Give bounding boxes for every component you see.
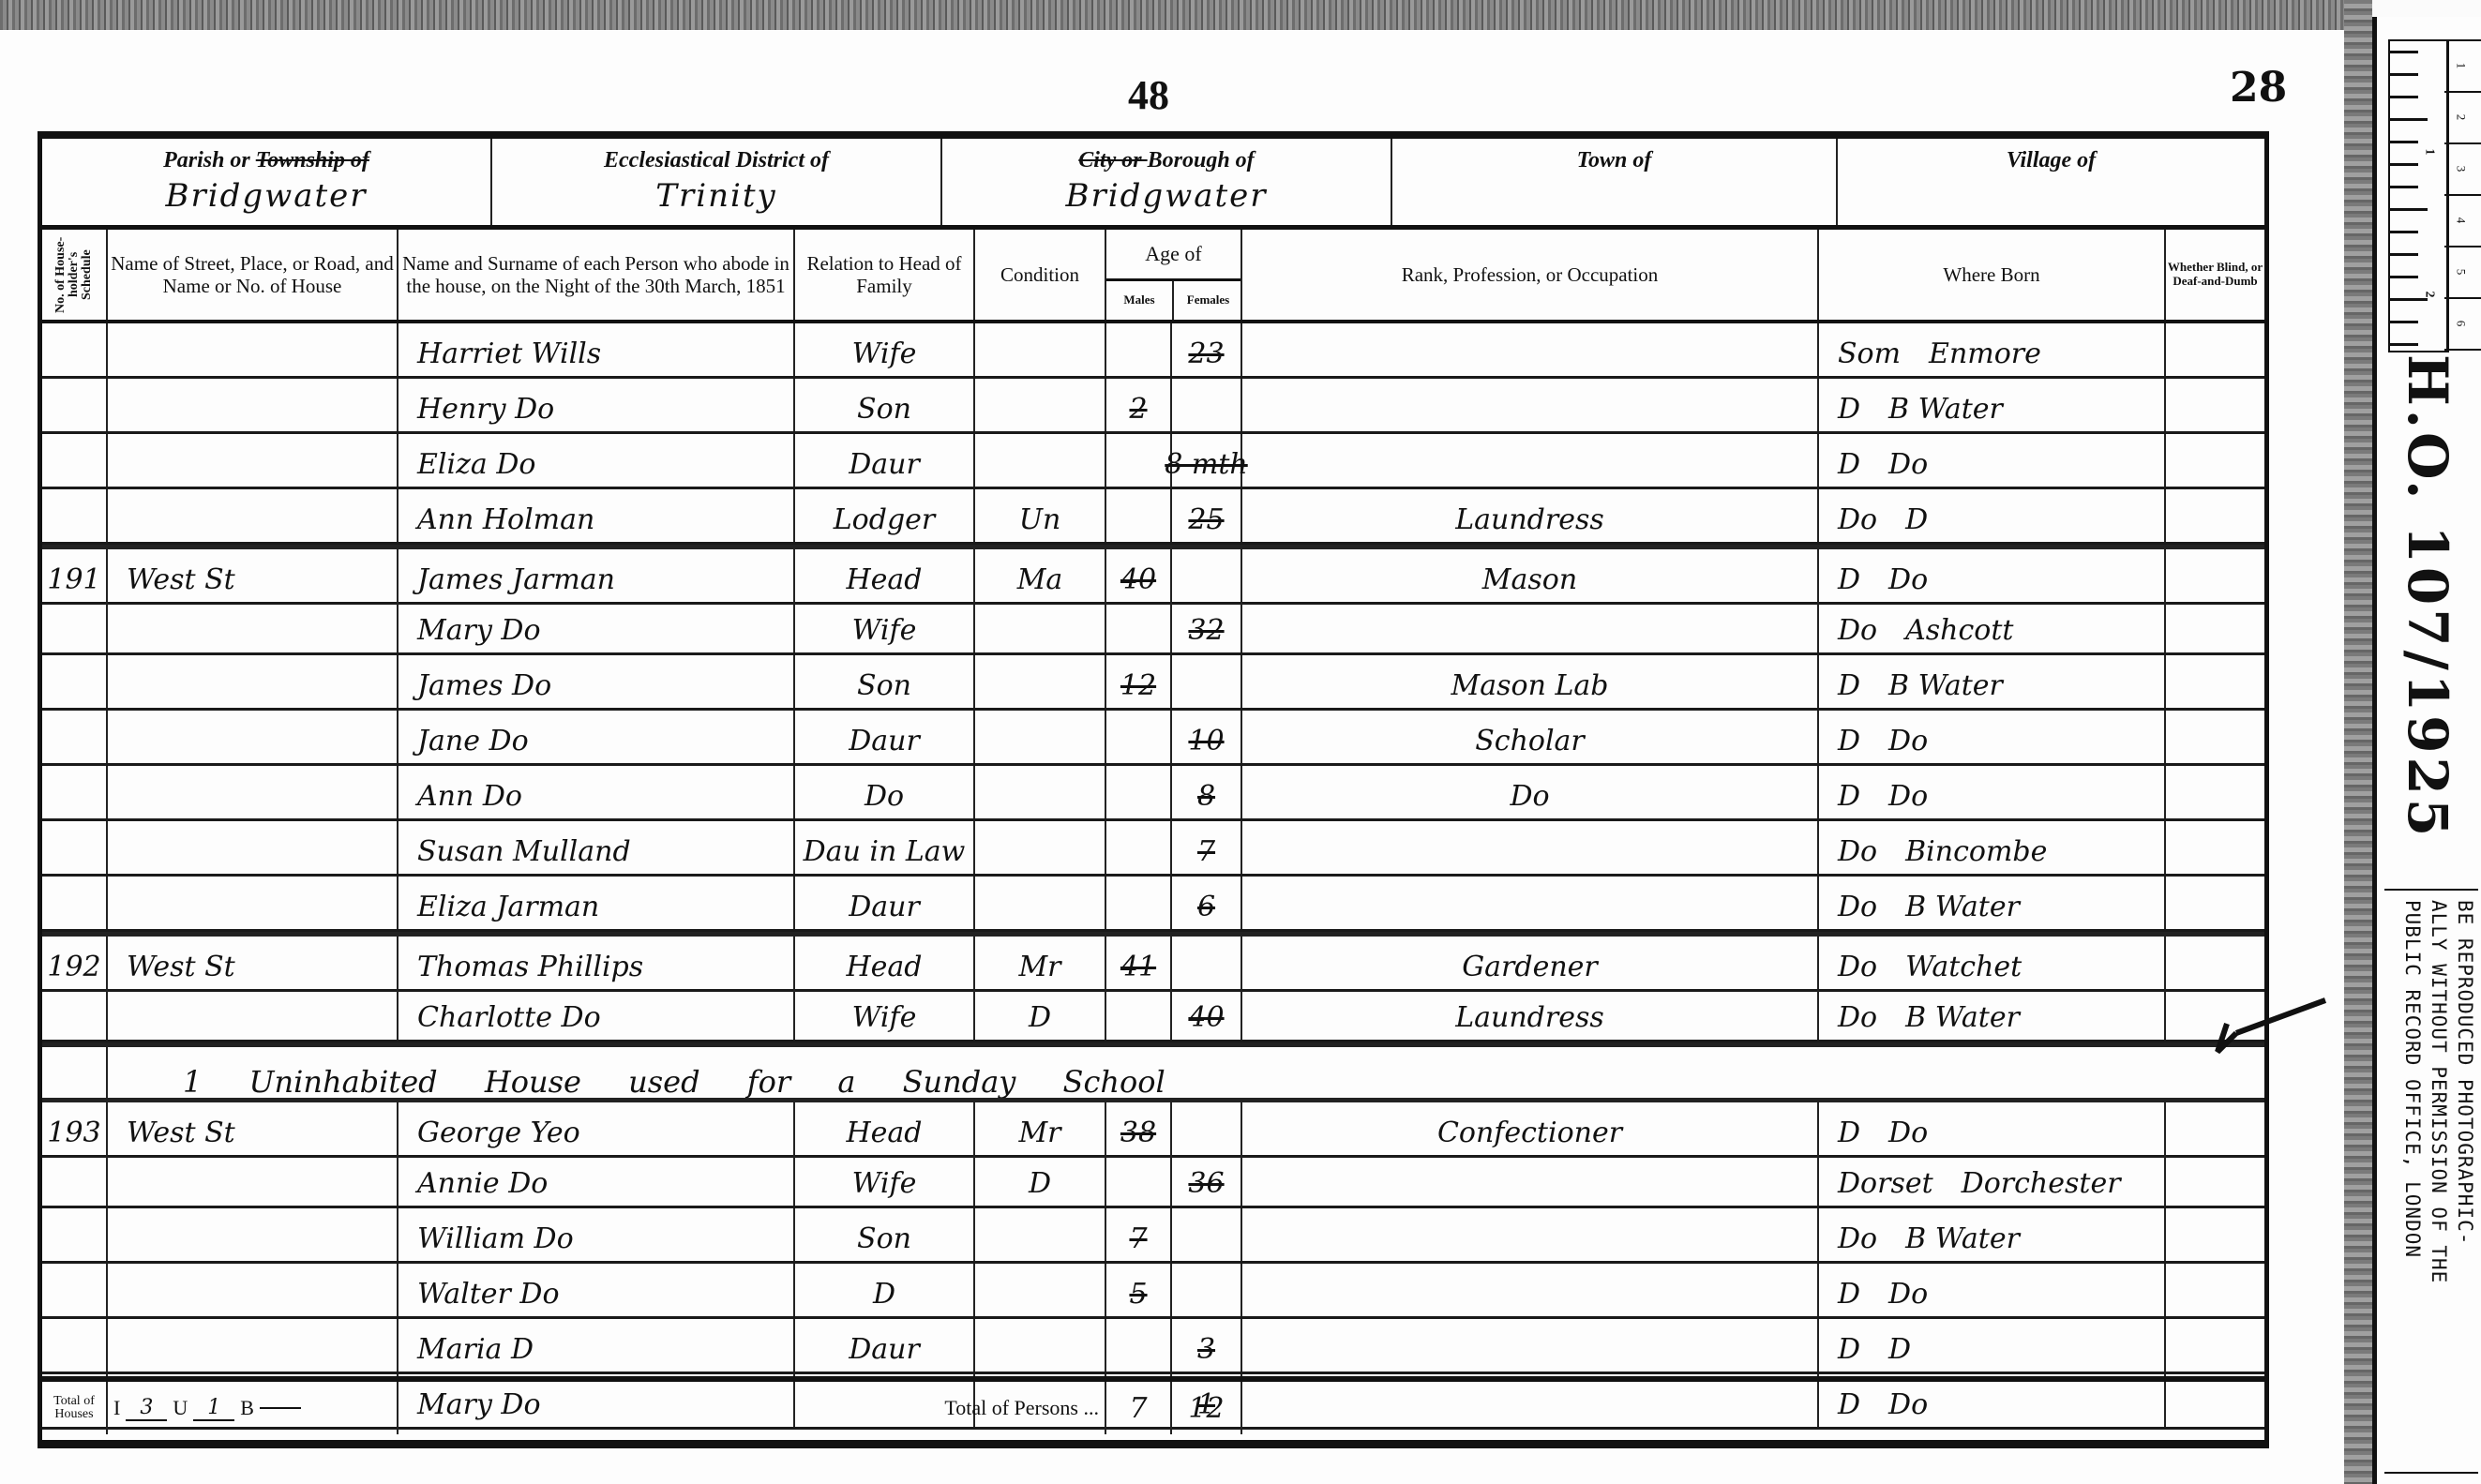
cell-schedule: 191	[42, 549, 108, 602]
header-age-of: Age of	[1106, 230, 1240, 281]
cell-infirmity	[2166, 821, 2264, 874]
cell-male-age: 38	[1106, 1102, 1172, 1155]
borough-label: Borough of	[1148, 148, 1255, 172]
folio-number: 28	[2230, 64, 2287, 112]
cell-schedule: 193	[42, 1102, 108, 1155]
cell-occupation: Laundress	[1242, 987, 1819, 1040]
cell-name: Mary Do	[398, 600, 795, 652]
inhabited-count: 3	[126, 1396, 167, 1421]
cell-occupation	[1242, 1208, 1819, 1261]
cell-schedule	[42, 489, 108, 542]
cell-street	[108, 434, 398, 487]
cell-occupation: Do	[1242, 766, 1819, 818]
census-page: 48 28 Parish or Township of Bridgwater E…	[0, 30, 2344, 1484]
borough-label-struck: City or	[1078, 148, 1147, 172]
cell-street	[108, 766, 398, 818]
cell-condition	[975, 1208, 1106, 1261]
cell-relation: D	[795, 1264, 975, 1316]
header-schedule: No. of House-holder's Schedule	[42, 230, 108, 320]
cell-occupation: Scholar	[1242, 711, 1819, 763]
cell-condition	[975, 711, 1106, 763]
cell-condition: Mr	[975, 1102, 1106, 1155]
cell-born: Som Enmore	[1819, 323, 2166, 376]
uninhabited-count: 1	[193, 1396, 234, 1421]
cell-condition	[975, 655, 1106, 708]
cell-born: D D	[1819, 1319, 2166, 1372]
cell-condition: Ma	[975, 549, 1106, 602]
cell-schedule	[42, 711, 108, 763]
table-row: Charlotte DoWifeD40LaundressDo B Water	[42, 987, 2264, 1042]
cell-female-age	[1172, 1208, 1242, 1261]
cell-condition: Un	[975, 489, 1106, 542]
header-street: Name of Street, Place, or Road, and Name…	[108, 230, 398, 320]
cell-condition	[975, 821, 1106, 874]
cell-relation: Head	[795, 549, 975, 602]
ecclesiastical-label: Ecclesiastical District of	[492, 148, 940, 173]
cell-female-age	[1172, 937, 1242, 989]
cell-male-age	[1106, 711, 1172, 763]
cell-name: Thomas Phillips	[398, 937, 795, 989]
cell-street	[108, 489, 398, 542]
cell-infirmity	[2166, 877, 2264, 929]
cell-street: West St	[108, 1102, 398, 1155]
cell-relation: Wife	[795, 1153, 975, 1206]
cell-name: Annie Do	[398, 1153, 795, 1206]
cell-relation: Wife	[795, 323, 975, 376]
cell-street	[108, 655, 398, 708]
cell-born: Do Ashcott	[1819, 600, 2166, 652]
cell-relation: Son	[795, 1208, 975, 1261]
cell-male-age	[1106, 877, 1172, 929]
cell-born: Do Bincombe	[1819, 821, 2166, 874]
cell-name: Henry Do	[398, 379, 795, 431]
cell-street: West St	[108, 549, 398, 602]
total-houses-label: Total of Houses	[42, 1382, 108, 1434]
cell-name: Ann Holman	[398, 489, 795, 542]
cell-condition	[975, 766, 1106, 818]
cell-name: Ann Do	[398, 766, 795, 818]
cell-condition	[975, 379, 1106, 431]
column-headers: No. of House-holder's Schedule Name of S…	[42, 230, 2264, 323]
cell-born: D Do	[1819, 1264, 2166, 1316]
cell-infirmity	[2166, 766, 2264, 818]
table-row: Jane DoDaur10ScholarD Do	[42, 711, 2264, 766]
cell-relation: Daur	[795, 434, 975, 487]
total-persons-label: Total of Persons ...	[398, 1382, 1106, 1434]
total-houses: I3 U1 B	[108, 1382, 398, 1434]
total-males: 7	[1106, 1382, 1172, 1434]
cell-street	[108, 987, 398, 1040]
parish-value: Bridgwater	[42, 177, 490, 215]
parish-cell: Parish or Township of Bridgwater	[42, 139, 492, 225]
cell-female-age: 32	[1172, 600, 1242, 652]
scan-gutter	[2344, 0, 2372, 1484]
cell-female-age	[1172, 549, 1242, 602]
cell-occupation	[1242, 323, 1819, 376]
village-label: Village of	[1838, 148, 2264, 173]
cell-schedule	[42, 600, 108, 652]
cell-infirmity	[2166, 655, 2264, 708]
cell-condition: Mr	[975, 937, 1106, 989]
census-table: Parish or Township of Bridgwater Ecclesi…	[38, 131, 2269, 1448]
cell-street	[108, 1319, 398, 1372]
table-row: 193West StGeorge YeoHeadMr38Confectioner…	[42, 1098, 2264, 1158]
cell-street	[108, 877, 398, 929]
cell-male-age	[1106, 1153, 1172, 1206]
cell-female-age: 10	[1172, 711, 1242, 763]
header-infirmity: Whether Blind, or Deaf-and-Dumb	[2166, 230, 2264, 320]
cell-female-age: 3	[1172, 1319, 1242, 1372]
cell-born: D Do	[1819, 711, 2166, 763]
cell-female-age	[1172, 1102, 1242, 1155]
inch-ruler: 1 2	[2388, 39, 2449, 352]
cell-condition	[975, 1264, 1106, 1316]
header-relation: Relation to Head of Family	[795, 230, 975, 320]
cell-infirmity	[2166, 600, 2264, 652]
cell-name: James Do	[398, 655, 795, 708]
cell-male-age	[1106, 987, 1172, 1040]
cell-name: Jane Do	[398, 711, 795, 763]
cell-infirmity	[2166, 711, 2264, 763]
cell-infirmity	[2166, 1319, 2264, 1372]
cell-relation: Son	[795, 379, 975, 431]
cell-male-age: 40	[1106, 549, 1172, 602]
cell-infirmity	[2166, 434, 2264, 487]
cell-born: D B Water	[1819, 379, 2166, 431]
cell-relation: Dau in Law	[795, 821, 975, 874]
cell-name: Charlotte Do	[398, 987, 795, 1040]
check-mark-icon	[2199, 996, 2330, 1061]
cell-schedule	[42, 1319, 108, 1372]
cell-relation: Daur	[795, 877, 975, 929]
table-row: Maria DDaur3D D	[42, 1319, 2264, 1374]
cell-female-age: 36	[1172, 1153, 1242, 1206]
cell-infirmity	[2166, 1264, 2264, 1316]
cell-born: D Do	[1819, 1102, 2166, 1155]
cell-street: West St	[108, 937, 398, 989]
cell-street	[108, 1264, 398, 1316]
cell-occupation: Gardener	[1242, 937, 1819, 989]
cell-occupation: Confectioner	[1242, 1102, 1819, 1155]
village-cell: Village of	[1838, 139, 2264, 225]
cell-female-age: 23	[1172, 323, 1242, 376]
cell-relation: Son	[795, 655, 975, 708]
borough-cell: City or Borough of Bridgwater	[942, 139, 1392, 225]
document-reference: H.O. 107/1925	[2381, 354, 2474, 842]
cell-male-age	[1106, 1319, 1172, 1372]
cell-relation: Daur	[795, 711, 975, 763]
cell-infirmity	[2166, 1153, 2264, 1206]
scan-top-edge	[0, 0, 2372, 30]
cell-name: Walter Do	[398, 1264, 795, 1316]
cell-occupation: Laundress	[1242, 489, 1819, 542]
cell-infirmity	[2166, 323, 2264, 376]
cell-relation: Wife	[795, 987, 975, 1040]
cell-occupation	[1242, 1264, 1819, 1316]
cell-male-age: 12	[1106, 655, 1172, 708]
folio-stamp: 48	[1128, 71, 1169, 119]
table-row: Walter DoD5D Do	[42, 1264, 2264, 1319]
cell-born: Do B Water	[1819, 987, 2166, 1040]
table-row: Harriet WillsWife23Som Enmore	[42, 323, 2264, 379]
ecclesiastical-value: Trinity	[492, 177, 940, 215]
cell-occupation	[1242, 600, 1819, 652]
cell-born: D Do	[1819, 549, 2166, 602]
cell-born: D B Water	[1819, 655, 2166, 708]
header-males: Males	[1106, 281, 1174, 320]
header-occupation: Rank, Profession, or Occupation	[1242, 230, 1819, 320]
cell-condition	[975, 323, 1106, 376]
table-row: William DoSon7Do B Water	[42, 1208, 2264, 1264]
cell-born: Do D	[1819, 489, 2166, 542]
cell-occupation: Mason Lab	[1242, 655, 1819, 708]
cell-male-age	[1106, 489, 1172, 542]
cell-born: Do B Water	[1819, 1208, 2166, 1261]
cell-relation: Lodger	[795, 489, 975, 542]
cell-condition	[975, 1319, 1106, 1372]
cell-name: William Do	[398, 1208, 795, 1261]
table-row: 191West StJames JarmanHeadMa40MasonD Do	[42, 545, 2264, 605]
cell-male-age: 7	[1106, 1208, 1172, 1261]
cell-schedule	[42, 1208, 108, 1261]
table-row: Susan MullandDau in Law7Do Bincombe	[42, 821, 2264, 877]
cell-male-age: 2	[1106, 379, 1172, 431]
town-label: Town of	[1392, 148, 1836, 173]
cell-occupation	[1242, 877, 1819, 929]
parish-label: Parish or	[163, 148, 256, 172]
cell-female-age	[1172, 379, 1242, 431]
cm-scale: 123456	[2444, 39, 2481, 351]
table-row: Eliza JarmanDaur6Do B Water	[42, 877, 2264, 932]
cell-relation: Head	[795, 937, 975, 989]
cell-female-age	[1172, 1264, 1242, 1316]
cell-schedule	[42, 434, 108, 487]
cell-street	[108, 1208, 398, 1261]
cell-born: Dorset Dorchester	[1819, 1153, 2166, 1206]
cell-schedule	[42, 323, 108, 376]
header-where-born: Where Born	[1819, 230, 2166, 320]
cell-condition: D	[975, 1153, 1106, 1206]
table-row: Ann DoDo8DoD Do	[42, 766, 2264, 821]
table-row: 192West StThomas PhillipsHeadMr41Gardene…	[42, 932, 2264, 992]
cell-male-age: 41	[1106, 937, 1172, 989]
cell-male-age	[1106, 600, 1172, 652]
cell-schedule	[42, 821, 108, 874]
header-name: Name and Surname of each Person who abod…	[398, 230, 795, 320]
cell-male-age: 5	[1106, 1264, 1172, 1316]
cell-male-age	[1106, 434, 1172, 487]
cell-street	[108, 600, 398, 652]
cell-street	[108, 1153, 398, 1206]
ecclesiastical-cell: Ecclesiastical District of Trinity	[492, 139, 942, 225]
cell-schedule	[42, 766, 108, 818]
borough-value: Bridgwater	[942, 177, 1391, 215]
cell-condition	[975, 434, 1106, 487]
table-row: James DoSon12Mason LabD B Water	[42, 655, 2264, 711]
cell-occupation: Mason	[1242, 549, 1819, 602]
cell-name: Eliza Jarman	[398, 877, 795, 929]
cell-born: Do B Water	[1819, 877, 2166, 929]
table-row: Annie DoWifeD36Dorset Dorchester	[42, 1153, 2264, 1208]
cell-schedule	[42, 1153, 108, 1206]
cell-name: James Jarman	[398, 549, 795, 602]
cell-condition	[975, 877, 1106, 929]
totals-row: Total of Houses I3 U1 B Total of Persons…	[42, 1376, 2264, 1440]
cell-occupation	[1242, 821, 1819, 874]
note-row: 1 Uninhabited House used for a Sunday Sc…	[42, 1042, 2264, 1102]
building-count	[260, 1407, 301, 1409]
cell-relation: Daur	[795, 1319, 975, 1372]
cell-female-age: 25	[1172, 489, 1242, 542]
cell-born: Do Watchet	[1819, 937, 2166, 989]
cell-name: Susan Mulland	[398, 821, 795, 874]
cell-relation: Head	[795, 1102, 975, 1155]
location-header: Parish or Township of Bridgwater Ecclesi…	[42, 139, 2264, 230]
cell-infirmity	[2166, 1208, 2264, 1261]
cell-name: Maria D	[398, 1319, 795, 1372]
cell-schedule: 192	[42, 937, 108, 989]
table-row: Ann HolmanLodgerUn25LaundressDo D	[42, 489, 2264, 545]
cell-condition	[975, 600, 1106, 652]
cell-street	[108, 379, 398, 431]
cell-occupation	[1242, 1319, 1819, 1372]
cell-occupation	[1242, 379, 1819, 431]
uninhabited-note: 1 Uninhabited House used for a Sunday Sc…	[145, 1047, 2264, 1105]
cell-female-age: 6	[1172, 877, 1242, 929]
header-age: Age of Males Females	[1106, 230, 1242, 320]
cell-female-age: 7	[1172, 821, 1242, 874]
cell-relation: Do	[795, 766, 975, 818]
cell-street	[108, 821, 398, 874]
cell-infirmity	[2166, 549, 2264, 602]
cell-schedule	[42, 1264, 108, 1316]
parish-label-struck: Township of	[256, 148, 369, 172]
header-condition: Condition	[975, 230, 1106, 320]
archive-label-strip: 1 2 123456 H.O. 107/1925 BE REPRODUCED P…	[2372, 17, 2481, 1484]
cell-infirmity	[2166, 379, 2264, 431]
town-cell: Town of	[1392, 139, 1838, 225]
cell-male-age	[1106, 821, 1172, 874]
total-females: 12	[1172, 1382, 1242, 1434]
cell-name: George Yeo	[398, 1102, 795, 1155]
cell-schedule	[42, 655, 108, 708]
cell-born: D Do	[1819, 434, 2166, 487]
cell-schedule	[42, 987, 108, 1040]
cell-female-age: 8	[1172, 766, 1242, 818]
cell-relation: Wife	[795, 600, 975, 652]
cell-street	[108, 323, 398, 376]
cell-born: D Do	[1819, 766, 2166, 818]
cell-occupation	[1242, 1153, 1819, 1206]
header-females: Females	[1174, 281, 1242, 320]
cell-schedule	[42, 877, 108, 929]
copyright-notice: BE REPRODUCED PHOTOGRAPHIC-ALLY WITHOUT …	[2384, 889, 2478, 1474]
cell-occupation	[1242, 434, 1819, 487]
cell-name: Eliza Do	[398, 434, 795, 487]
table-row: Eliza DoDaur8 mthD Do	[42, 434, 2264, 489]
cell-infirmity	[2166, 489, 2264, 542]
cell-name: Harriet Wills	[398, 323, 795, 376]
cell-male-age	[1106, 766, 1172, 818]
cell-infirmity	[2166, 1102, 2264, 1155]
cell-female-age: 8 mth	[1172, 434, 1242, 487]
cell-female-age: 40	[1172, 987, 1242, 1040]
cell-female-age	[1172, 655, 1242, 708]
cell-condition: D	[975, 987, 1106, 1040]
cell-schedule	[42, 379, 108, 431]
table-row: Mary DoWife32Do Ashcott	[42, 600, 2264, 655]
table-row: Henry DoSon2D B Water	[42, 379, 2264, 434]
cell-infirmity	[2166, 937, 2264, 989]
cell-male-age	[1106, 323, 1172, 376]
cell-street	[108, 711, 398, 763]
